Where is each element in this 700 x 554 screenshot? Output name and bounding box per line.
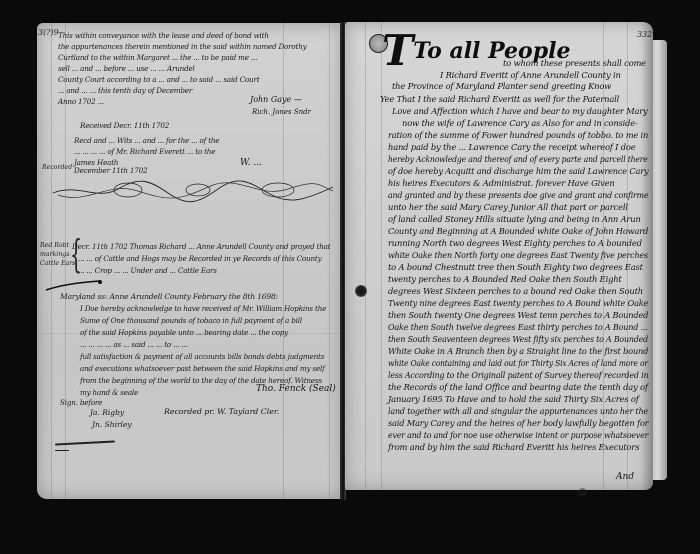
margin-note: Recorded	[42, 163, 72, 172]
signature-seal: Tho. Fenck (Seal)	[256, 384, 336, 394]
line-text: the Province of Maryland Planter send gr…	[392, 81, 611, 91]
margin-rule	[329, 23, 330, 499]
manuscript-line: white Oake then North forty one degrees …	[388, 250, 648, 260]
manuscript-line: twenty perches to A Bounded Red Oake the…	[388, 274, 622, 284]
manuscript-line: of doe hereby Acquitt and discharge him …	[388, 166, 648, 176]
received-date: Received Decr. 11th 1702	[80, 121, 169, 130]
manuscript-line: now the wife of Lawrence Cary as Also fo…	[402, 118, 638, 128]
manuscript-line: to A bound Chestnutt tree then South Eig…	[388, 262, 643, 272]
manuscript-line: Yee That I the said Richard Everitt as w…	[380, 94, 619, 104]
catchword: And	[616, 472, 634, 482]
manuscript-line: ... ... ... ... as ... said ... ... to .…	[80, 340, 188, 349]
manuscript-line: Sume of One thousand pounds of tobaco in…	[80, 316, 302, 325]
manuscript-line: Twenty nine degrees East twenty perches …	[388, 298, 648, 308]
manuscript-line: hand paid by the ... Lawrence Cary the r…	[388, 142, 636, 152]
scanned-document: 3(?)9 This within conveyance with the le…	[0, 0, 700, 554]
manuscript-line: County and Beginning at A Bounded white …	[388, 226, 648, 236]
witness-signature: Ja. Rigby	[90, 408, 124, 417]
margin-rule	[365, 22, 366, 490]
manuscript-line: I Richard Everitt of Anne Arundell Count…	[440, 70, 621, 80]
manuscript-line: of land called Stoney Hills situate lyin…	[388, 214, 641, 224]
end-rule	[55, 450, 69, 451]
drop-cap: T	[382, 30, 413, 72]
decorative-flourish-divider	[48, 175, 338, 205]
manuscript-line: ration of the summe of Fower hundred pou…	[388, 130, 648, 140]
manuscript-line: land together with all and singular the …	[388, 406, 648, 416]
manuscript-line: Anno 1702 ...	[58, 97, 104, 106]
manuscript-line: white Oake containing and laid out for T…	[388, 358, 648, 368]
margin-rule	[381, 22, 382, 490]
manuscript-line: hereby Acknowledge and thereof and of ev…	[388, 154, 648, 164]
recorded-by: Recorded pr. W. Taylard Cler.	[164, 407, 279, 416]
manuscript-line: and executions whatsoever past between t…	[80, 364, 325, 373]
page-edge-stack	[651, 40, 667, 480]
manuscript-line: Oake then South twelve degrees East thir…	[388, 322, 648, 332]
right-folio-number: 332	[637, 30, 652, 39]
ink-blot	[355, 285, 367, 297]
manuscript-line: the Records of the land Office and beari…	[388, 382, 648, 392]
manuscript-line: running North two degrees West Eighty pe…	[388, 238, 642, 248]
manuscript-line: degrees West Sixteen perches to a bound …	[388, 286, 643, 296]
manuscript-line: ever and to and for noe use otherwise in…	[388, 430, 648, 440]
manuscript-line: his heires Executors & Administrat. fore…	[388, 178, 615, 188]
manuscript-line: ... ... Crop ... ... Under and ... Cattl…	[78, 266, 217, 275]
signature: W. ...	[240, 158, 262, 168]
manuscript-line: Curtland to the within Margaret ... the …	[58, 53, 257, 62]
pen-stroke	[44, 278, 104, 292]
entry-heading: Maryland ss: Anne Arundell County Februa…	[60, 292, 278, 301]
manuscript-line: my hand & seale	[80, 388, 138, 397]
manuscript-line: Recd and ... Wits ... and ... for the ..…	[74, 136, 219, 145]
manuscript-line: County Court according to a ... and ... …	[58, 75, 259, 84]
signature: John Gaye —	[250, 95, 302, 104]
manuscript-line: Love and Affection which I have and bear…	[392, 106, 647, 116]
manuscript-line: ... and ... ... this tenth day of Decemb…	[58, 86, 192, 95]
manuscript-line: to whom these presents shall come	[503, 58, 646, 68]
left-folio-number: 3(?)9	[38, 28, 59, 37]
manuscript-line: less According to the Originall patent o…	[388, 370, 648, 380]
manuscript-line: the Province of Maryland Planter send gr…	[392, 81, 611, 91]
margin-note-line: Red Robt	[40, 242, 69, 249]
margin-note-line: markings	[40, 251, 69, 258]
manuscript-line: White Oake in A Branch then by a Straigh…	[388, 346, 648, 356]
manuscript-line: sell ... and ... before ... use ... ... …	[58, 64, 195, 73]
witness-signature: Jn. Shirley	[92, 420, 132, 429]
signature: Rich. Jones Sndr	[252, 108, 311, 116]
manuscript-line: January 1695 To Have and to hold the sai…	[388, 394, 639, 404]
manuscript-line: Decr. 11th 1702 Thomas Richard ... Anne …	[72, 242, 330, 251]
manuscript-line: then South twenty One degrees West tenn …	[388, 310, 648, 320]
witness-label: Sign. before	[60, 398, 102, 407]
manuscript-line: unto her the said Mary Carey Junior All …	[388, 202, 628, 212]
manuscript-line: the appurtenances therein mentioned in t…	[58, 42, 307, 51]
manuscript-line: full satisfaction & payment of all accou…	[80, 352, 324, 361]
manuscript-line: ... ... of Cattle and Hogs may be Record…	[78, 254, 321, 263]
manuscript-line: This within conveyance with the lease an…	[58, 31, 269, 40]
manuscript-line: ... ... ... ... of Mr. Richard Everett .…	[74, 147, 215, 156]
manuscript-line: then South Seaventeen degrees West fifty…	[388, 334, 648, 344]
ink-blot	[578, 488, 587, 497]
manuscript-line: I Doe hereby acknowledge to have receive…	[80, 304, 326, 313]
manuscript-line: and granted and by these presents doe gi…	[388, 190, 648, 200]
manuscript-line: from and by him the said Richard Everitt…	[388, 442, 639, 452]
manuscript-line: said Mary Carey and the heires of her bo…	[388, 418, 648, 428]
manuscript-line: of the said Hopkins payable unto ... bea…	[80, 328, 288, 337]
recorded-date: December 11th 1702	[74, 166, 147, 175]
